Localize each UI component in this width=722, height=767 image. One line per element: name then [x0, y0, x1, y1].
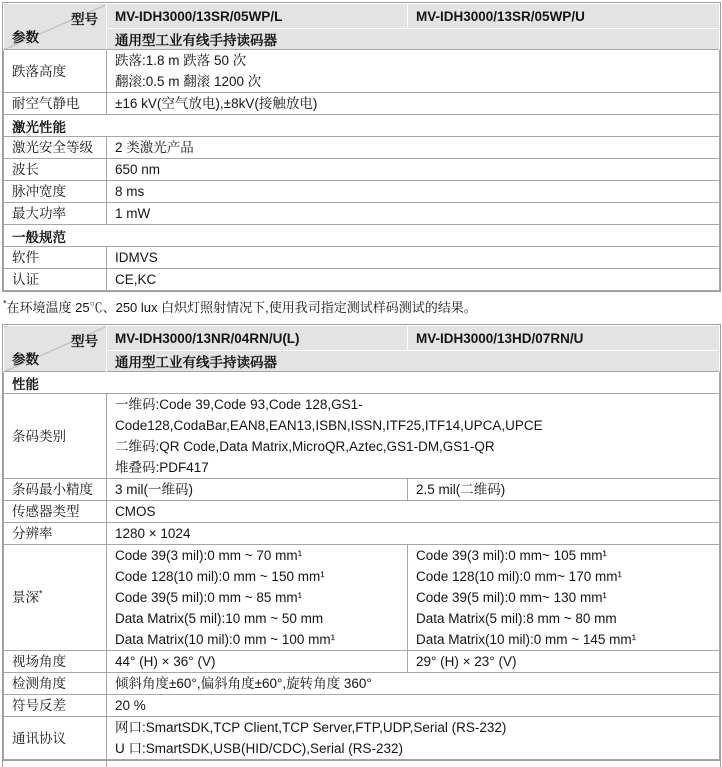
row-label-text: 脉冲宽度 — [12, 181, 98, 202]
value-line: Code 39(3 mil):0 mm~ 105 mm¹ — [416, 545, 711, 566]
row-label: 波长 — [4, 159, 107, 181]
row-label-text: 激光安全等级 — [12, 137, 98, 158]
section-header: 激光性能 — [4, 115, 720, 137]
value-line: Code 39(3 mil):0 mm ~ 70 mm¹ — [115, 545, 399, 566]
table-row: 软件IDMVS — [4, 247, 720, 269]
section-row: 一般规范 — [4, 225, 720, 247]
value-line: U 口:SmartSDK,USB(HID/CDC),Serial (RS-232… — [115, 738, 711, 759]
row-label-text: 符号反差 — [12, 695, 98, 716]
table-row: 最大功率1 mW — [4, 203, 720, 225]
row-label: 耐空气静电 — [4, 93, 107, 115]
table-row: 脉冲宽度8 ms — [4, 181, 720, 203]
value-line: CMOS — [115, 501, 711, 522]
value-line: Data Matrix(10 mil):0 mm ~ 100 mm¹ — [115, 629, 399, 650]
corner-label-model: 型号 — [71, 330, 98, 350]
row-label: 传感器类型 — [4, 501, 107, 523]
table-row: 波长650 nm — [4, 159, 720, 181]
value-line: IDMVS — [115, 247, 711, 268]
value-line: 650 nm — [115, 159, 711, 180]
model-cell: MV-IDH3000/13SR/05WP/L — [107, 4, 408, 29]
row-label-text: 软件 — [12, 247, 98, 268]
value-line: Code 128(10 mil):0 mm ~ 150 mm¹ — [115, 566, 399, 587]
row-value: 2 类激光产品 — [107, 137, 720, 159]
table-row: 条码类别一维码:Code 39,Code 93,Code 128,GS1-Cod… — [4, 394, 720, 479]
value-line: 1 mW — [115, 203, 711, 224]
row-value: ±16 kV(空气放电),±8kV(接触放电) — [107, 93, 720, 115]
row-value: CMOS — [107, 501, 720, 523]
row-label-text: 通讯协议 — [12, 728, 98, 749]
row-value: 2.5 mil(二维码) — [408, 479, 720, 501]
row-value: 44° (H) × 36° (V) — [107, 651, 408, 673]
row-label-text: 传感器类型 — [12, 501, 98, 522]
row-label-text: 认证 — [12, 269, 98, 290]
table-row: 跌落高度跌落:1.8 m 跌落 50 次翻滚:0.5 m 翻滚 1200 次 — [4, 50, 720, 93]
table-row: 认证CE,KC — [4, 269, 720, 291]
table-row: 条码最小精度3 mil(一维码)2.5 mil(二维码) — [4, 479, 720, 501]
footnote-text: 在环境温度 25℃、250 lux 白炽灯照射情况下,使用我司指定测试样码测试的… — [7, 300, 477, 315]
spec-sheet-page: 型号参数MV-IDH3000/13SR/05WP/LMV-IDH3000/13S… — [0, 0, 722, 767]
model-row: 型号参数MV-IDH3000/13SR/05WP/LMV-IDH3000/13S… — [4, 4, 720, 29]
table-continuation-sliver — [2, 761, 721, 767]
row-label-text: 跌落高度 — [12, 61, 98, 82]
row-label: 认证 — [4, 269, 107, 291]
table-row: 传感器类型CMOS — [4, 501, 720, 523]
row-label-text: 条码类别 — [12, 426, 98, 447]
row-value: 3 mil(一维码) — [107, 479, 408, 501]
table-row: 符号反差20 % — [4, 695, 720, 717]
row-value: 20 % — [107, 695, 720, 717]
row-label-text: 耐空气静电 — [12, 93, 98, 114]
row-value: 倾斜角度±60°,偏斜角度±60°,旋转角度 360° — [107, 673, 720, 695]
row-value: 1 mW — [107, 203, 720, 225]
value-line: 20 % — [115, 695, 711, 716]
param-value-cell: 通用型工业有线手持读码器 — [107, 351, 720, 372]
row-label: 视场角度 — [4, 651, 107, 673]
model-param-corner-cell: 型号参数 — [4, 326, 107, 372]
row-label-text: 检测角度 — [12, 673, 98, 694]
row-label-text: 视场角度 — [12, 651, 98, 672]
param-row: 通用型工业有线手持读码器 — [4, 29, 720, 50]
value-line: Data Matrix(5 mil):10 mm ~ 50 mm — [115, 608, 399, 629]
row-label: 景深* — [4, 545, 107, 651]
value-line: 29° (H) × 23° (V) — [416, 651, 711, 672]
row-label: 分辨率 — [4, 523, 107, 545]
value-line: ±16 kV(空气放电),±8kV(接触放电) — [115, 93, 711, 114]
footnote: *在环境温度 25℃、250 lux 白炽灯照射情况下,使用我司指定测试样码测试… — [3, 299, 721, 317]
param-value-cell: 通用型工业有线手持读码器 — [107, 29, 720, 50]
table-row: 耐空气静电±16 kV(空气放电),±8kV(接触放电) — [4, 93, 720, 115]
table-row: 激光安全等级2 类激光产品 — [4, 137, 720, 159]
value-line: Code 39(5 mil):0 mm ~ 85 mm¹ — [115, 587, 399, 608]
row-label: 软件 — [4, 247, 107, 269]
value-line: 44° (H) × 36° (V) — [115, 651, 399, 672]
row-label-superscript: * — [39, 589, 43, 599]
value-line: 1280 × 1024 — [115, 523, 711, 544]
row-label: 符号反差 — [4, 695, 107, 717]
row-label-text: 景深* — [12, 587, 98, 608]
param-row: 通用型工业有线手持读码器 — [4, 351, 720, 372]
table-row: 通讯协议网口:SmartSDK,TCP Client,TCP Server,FT… — [4, 717, 720, 760]
spec-table-1: 型号参数MV-IDH3000/13SR/05WP/LMV-IDH3000/13S… — [3, 3, 720, 291]
row-value: 一维码:Code 39,Code 93,Code 128,GS1-Code128… — [107, 394, 720, 479]
row-value: 跌落:1.8 m 跌落 50 次翻滚:0.5 m 翻滚 1200 次 — [107, 50, 720, 93]
corner-label-model: 型号 — [71, 8, 98, 28]
value-line: 翻滚:0.5 m 翻滚 1200 次 — [115, 71, 711, 92]
column-divider-line — [106, 761, 107, 767]
value-line: 8 ms — [115, 181, 711, 202]
value-line: Code 128(10 mil):0 mm~ 170 mm¹ — [416, 566, 711, 587]
row-label: 跌落高度 — [4, 50, 107, 93]
value-line: 堆叠码:PDF417 — [115, 457, 711, 478]
row-value: Code 39(3 mil):0 mm ~ 70 mm¹Code 128(10 … — [107, 545, 408, 651]
row-label-text: 分辨率 — [12, 523, 98, 544]
table-row: 检测角度倾斜角度±60°,偏斜角度±60°,旋转角度 360° — [4, 673, 720, 695]
row-label: 最大功率 — [4, 203, 107, 225]
value-line: 网口:SmartSDK,TCP Client,TCP Server,FTP,UD… — [115, 717, 711, 738]
model-cell: MV-IDH3000/13SR/05WP/U — [408, 4, 720, 29]
row-value: CE,KC — [107, 269, 720, 291]
value-line: 2.5 mil(二维码) — [416, 479, 711, 500]
value-line: 倾斜角度±60°,偏斜角度±60°,旋转角度 360° — [115, 673, 711, 694]
row-value: 8 ms — [107, 181, 720, 203]
spec-table-2-wrapper: 型号参数MV-IDH3000/13NR/04RN/U(L)MV-IDH3000/… — [2, 324, 721, 761]
spec-table-2: 型号参数MV-IDH3000/13NR/04RN/U(L)MV-IDH3000/… — [3, 325, 720, 760]
table-row: 景深*Code 39(3 mil):0 mm ~ 70 mm¹Code 128(… — [4, 545, 720, 651]
row-label: 激光安全等级 — [4, 137, 107, 159]
section-row: 性能 — [4, 372, 720, 394]
row-value: 29° (H) × 23° (V) — [408, 651, 720, 673]
row-label-text: 最大功率 — [12, 203, 98, 224]
row-label-text: 波长 — [12, 159, 98, 180]
value-line: 2 类激光产品 — [115, 137, 711, 158]
value-line: 3 mil(一维码) — [115, 479, 399, 500]
corner-label-param: 参数 — [12, 26, 39, 46]
model-cell: MV-IDH3000/13NR/04RN/U(L) — [107, 326, 408, 351]
spec-table-1-wrapper: 型号参数MV-IDH3000/13SR/05WP/LMV-IDH3000/13S… — [2, 2, 721, 292]
value-line: Code 39(5 mil):0 mm~ 130 mm¹ — [416, 587, 711, 608]
row-label-text: 条码最小精度 — [12, 479, 98, 500]
table-row: 分辨率1280 × 1024 — [4, 523, 720, 545]
model-param-corner-cell: 型号参数 — [4, 4, 107, 50]
corner-label-param: 参数 — [12, 348, 39, 368]
table-row: 视场角度44° (H) × 36° (V)29° (H) × 23° (V) — [4, 651, 720, 673]
value-line: CE,KC — [115, 269, 711, 290]
value-line: Data Matrix(10 mil):0 mm ~ 145 mm¹ — [416, 629, 711, 650]
row-label: 脉冲宽度 — [4, 181, 107, 203]
row-value: IDMVS — [107, 247, 720, 269]
section-row: 激光性能 — [4, 115, 720, 137]
section-header: 性能 — [4, 372, 720, 394]
value-line: 一维码:Code 39,Code 93,Code 128,GS1-Code128… — [115, 394, 711, 436]
row-value: 650 nm — [107, 159, 720, 181]
row-label: 条码类别 — [4, 394, 107, 479]
value-line: 二维码:QR Code,Data Matrix,MicroQR,Aztec,GS… — [115, 436, 711, 457]
row-label: 通讯协议 — [4, 717, 107, 760]
row-value: 1280 × 1024 — [107, 523, 720, 545]
row-value: Code 39(3 mil):0 mm~ 105 mm¹Code 128(10 … — [408, 545, 720, 651]
row-label: 检测角度 — [4, 673, 107, 695]
section-header: 一般规范 — [4, 225, 720, 247]
model-cell: MV-IDH3000/13HD/07RN/U — [408, 326, 720, 351]
value-line: 跌落:1.8 m 跌落 50 次 — [115, 50, 711, 71]
model-row: 型号参数MV-IDH3000/13NR/04RN/U(L)MV-IDH3000/… — [4, 326, 720, 351]
value-line: Data Matrix(5 mil):8 mm ~ 80 mm — [416, 608, 711, 629]
row-value: 网口:SmartSDK,TCP Client,TCP Server,FTP,UD… — [107, 717, 720, 760]
row-label: 条码最小精度 — [4, 479, 107, 501]
